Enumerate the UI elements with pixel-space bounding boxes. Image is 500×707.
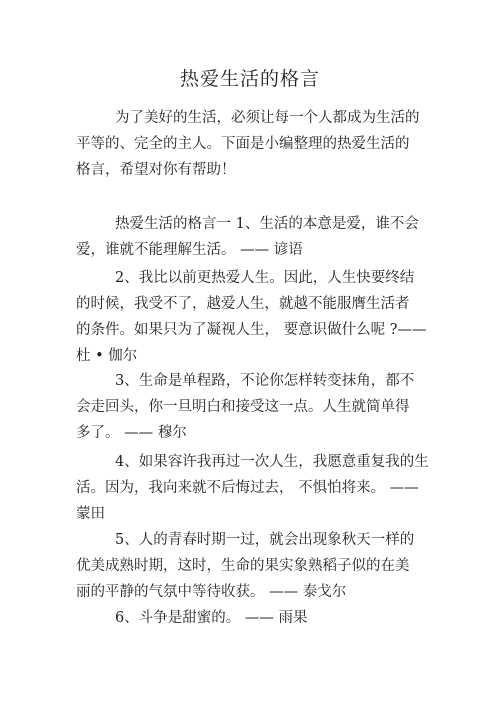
quote-line: 5、人的青春时期一过，就会出现象秋天一样的 — [115, 530, 414, 550]
quote-line: 的条件。如果只为了凝视人生， 要意识做什么呢 ?—— — [76, 320, 427, 340]
intro-line: 格言，希望对你有帮助！ — [76, 160, 236, 180]
quote-line: 爱，谁就不能理解生活。 —— 谚语 — [76, 240, 303, 260]
quote-line: 热爱生活的格言一 1、生活的本意是爱，谁不会 — [115, 214, 419, 234]
quote-line: 丽的平静的气氛中等待收获。 —— 泰戈尔 — [76, 582, 346, 602]
quote-line: 3、生命是单程路，不论你怎样转变抹角，都不 — [115, 371, 414, 391]
quote-line: 多了。 —— 穆尔 — [76, 423, 187, 443]
quote-line: 6、斗争是甜蜜的。 —— 雨果 — [115, 608, 307, 628]
quote-line: 蒙田 — [76, 504, 105, 524]
quote-line: 会走回头，你一旦明白和接受这一点。人生就简单得 — [76, 397, 410, 417]
document-page: 热爱生活的格言 为了美好的生活，必须让每一个人都成为生活的 平等的、完全的主人。… — [0, 0, 500, 707]
page-title: 热爱生活的格言 — [0, 64, 500, 91]
intro-line: 为了美好的生活，必须让每一个人都成为生活的 — [115, 108, 420, 128]
quote-line: 2、我比以前更热爱人生。因此，人生快要终结 — [115, 268, 414, 288]
quote-line: 的时候，我受不了，越爱人生，就越不能服膺生活者 — [76, 294, 410, 314]
quote-line: 杜 • 伽尔 — [76, 346, 137, 366]
quote-line: 优美成熟时期，这时，生命的果实象熟稻子似的在美 — [76, 556, 410, 576]
quote-line: 4、如果容许我再过一次人生，我愿意重复我的生 — [115, 452, 429, 472]
intro-line: 平等的、完全的主人。下面是小编整理的热爱生活的 — [76, 134, 410, 154]
quote-line: 活。因为，我向来就不后悔过去， 不惧怕将来。 —— — [76, 478, 419, 498]
